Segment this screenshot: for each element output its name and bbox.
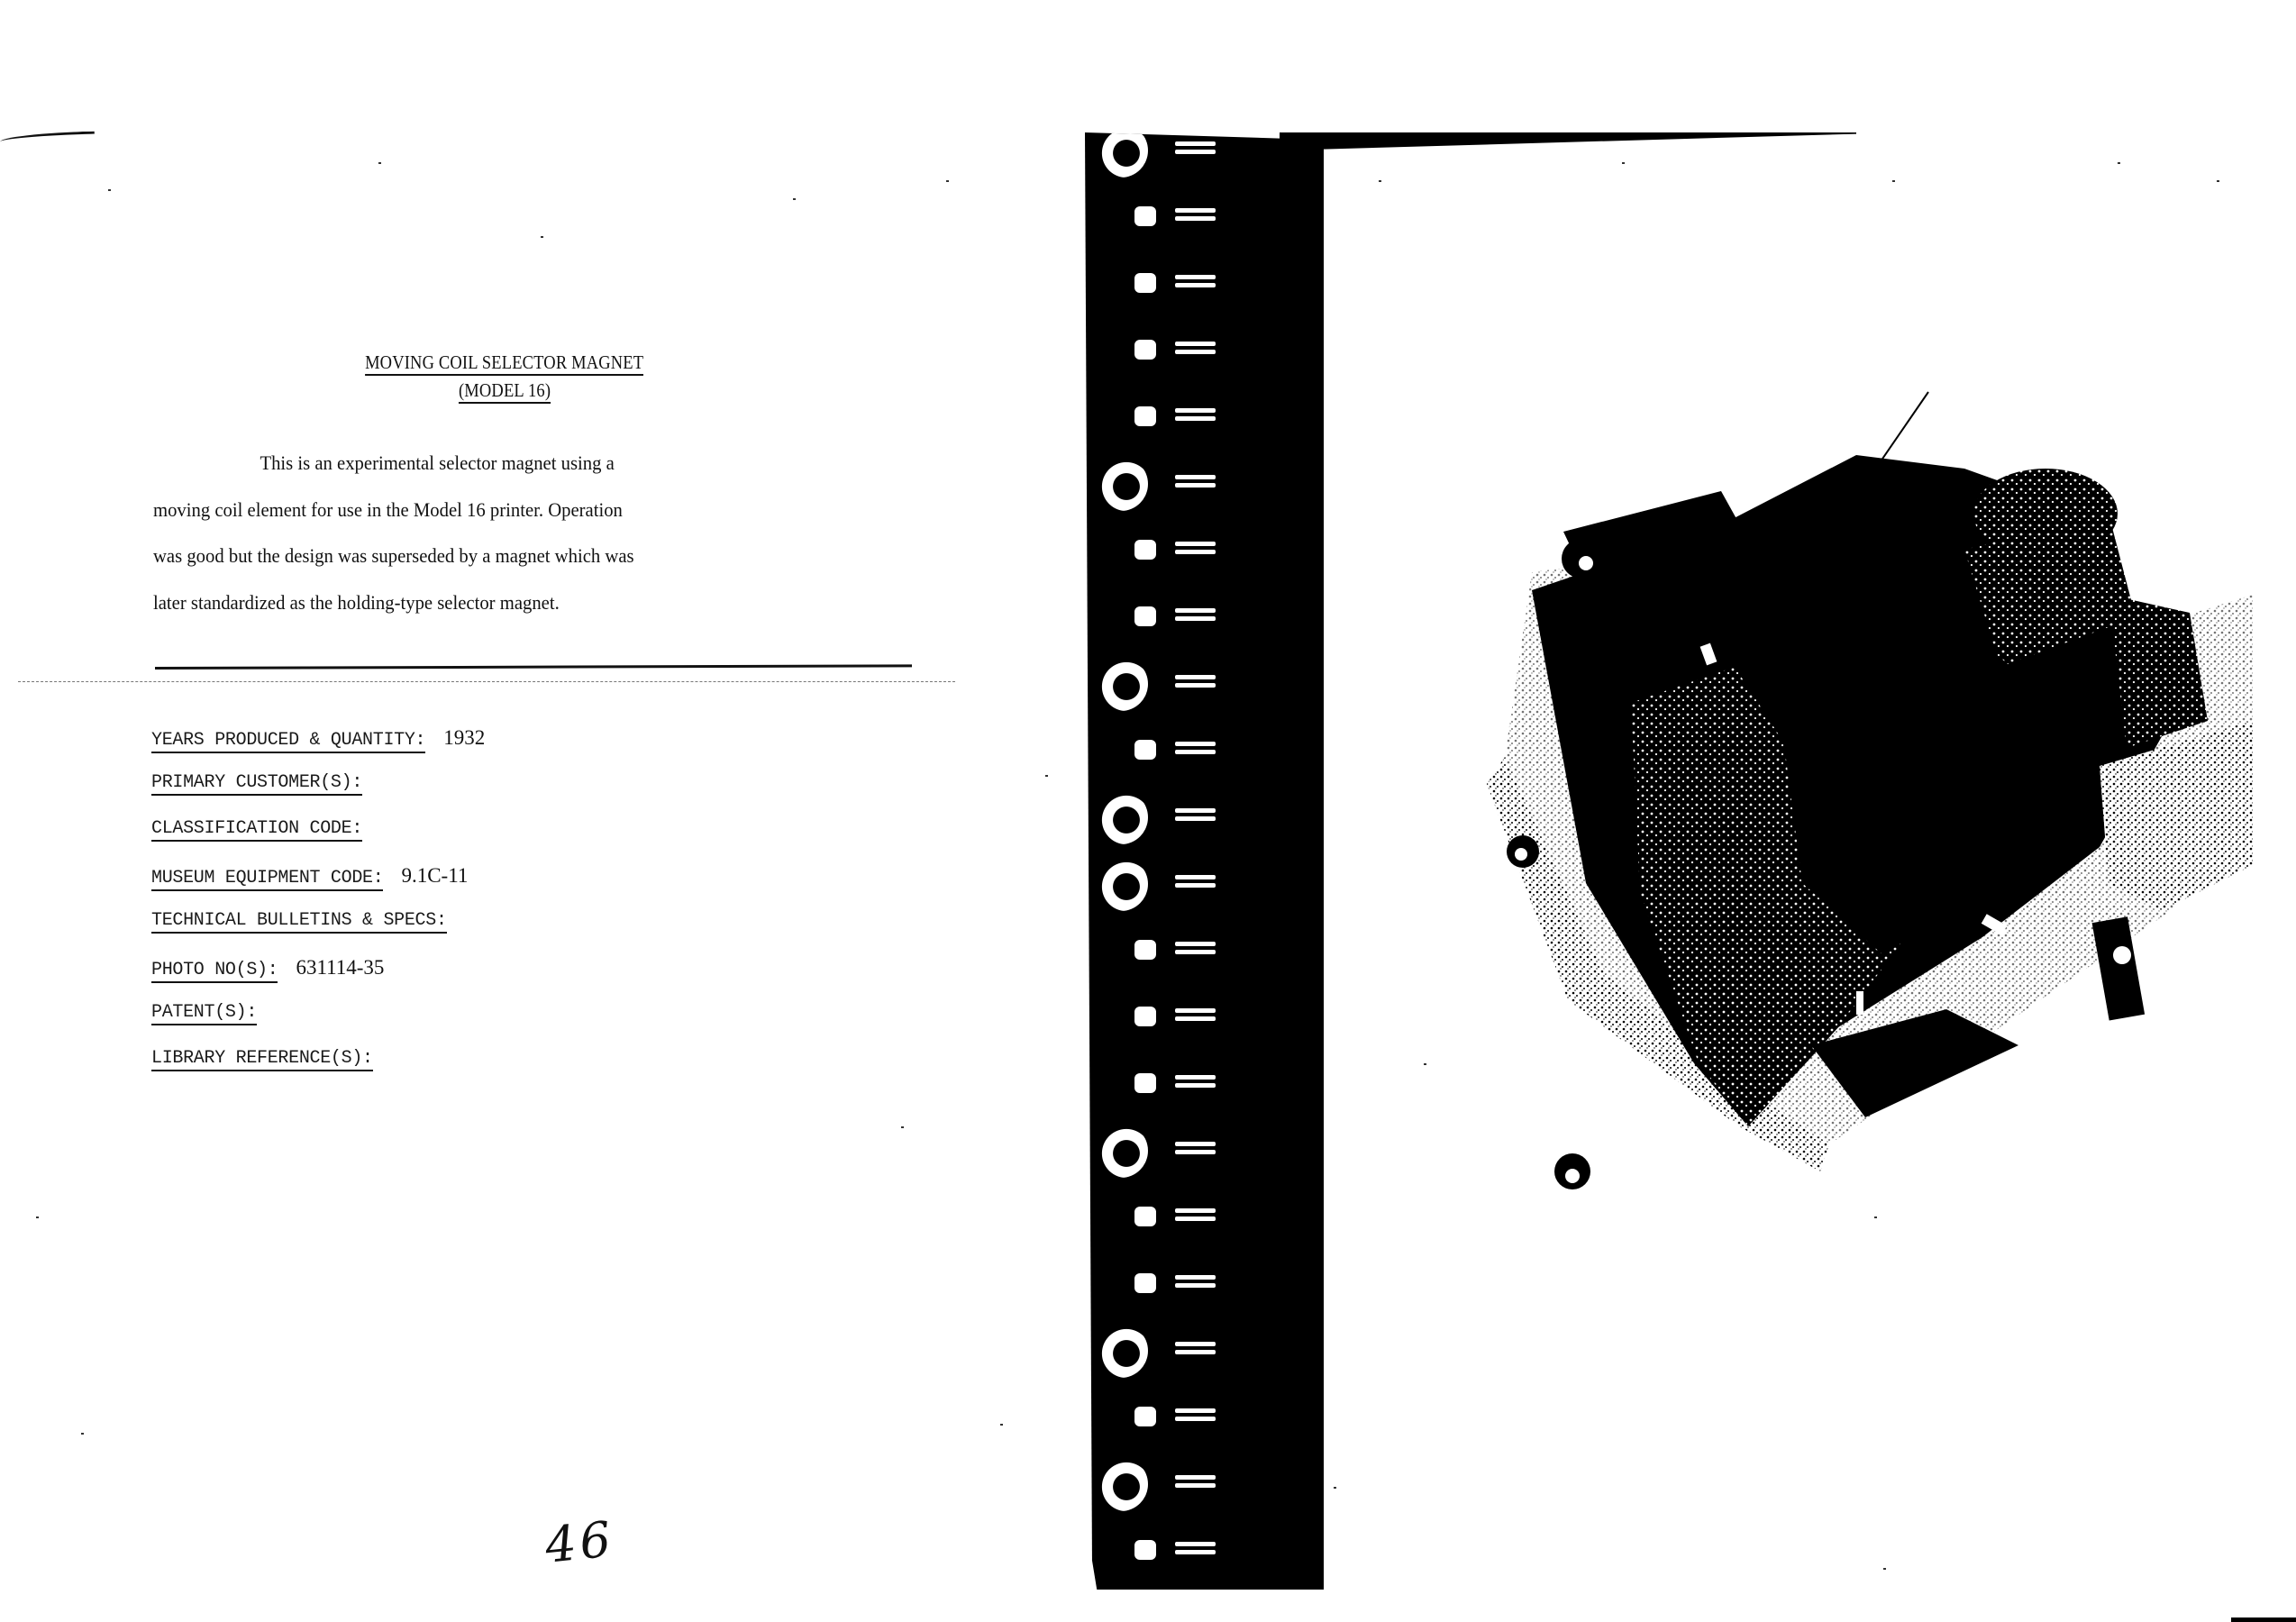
binding-wire [1175, 1408, 1216, 1413]
scan-speck [1874, 1216, 1877, 1218]
field-value: 631114-35 [296, 956, 384, 980]
binding-ring [1134, 1540, 1156, 1560]
binding-ring [1134, 1007, 1156, 1026]
metadata-fields: YEARS PRODUCED & QUANTITY: 1932 PRIMARY … [151, 726, 485, 1094]
scan-speck [901, 1126, 904, 1128]
binding-wire [1175, 1275, 1216, 1280]
binding-wire [1175, 742, 1216, 746]
binding-wire [1175, 1208, 1216, 1213]
binding-wire [1175, 608, 1216, 613]
binding-ring [1134, 1207, 1156, 1226]
description-line: This is an experimental selector magnet … [153, 440, 865, 487]
field-label: YEARS PRODUCED & QUANTITY: [151, 730, 425, 753]
binding-wire [1175, 350, 1216, 354]
binding-wire [1175, 550, 1216, 554]
binding-ring [1094, 123, 1148, 178]
binding-ring [1134, 406, 1156, 426]
title-line-1: MOVING COIL SELECTOR MAGNET [365, 351, 643, 376]
binding-ring [1094, 790, 1148, 844]
binding-wire [1175, 1342, 1216, 1346]
binding-wire [1175, 1216, 1216, 1221]
binding-wire [1175, 150, 1216, 154]
scan-speck [81, 1433, 84, 1435]
scan-speck [378, 162, 381, 164]
scan-speck [793, 198, 796, 200]
binding-wire [1175, 216, 1216, 221]
field-library-references: LIBRARY REFERENCE(S): [151, 1048, 485, 1094]
scan-speck [1622, 162, 1625, 164]
title-line-2: (MODEL 16) [459, 379, 551, 404]
binding-ring [1094, 1124, 1148, 1178]
binding-ring [1094, 1324, 1148, 1378]
description-line: later standardized as the holding-type s… [153, 579, 865, 626]
scan-speck [1000, 1424, 1003, 1426]
scan-speck [1045, 775, 1048, 777]
binding-wire [1175, 542, 1216, 546]
binding-wire [1175, 1283, 1216, 1288]
binding-ring [1134, 1407, 1156, 1426]
binding-ring [1134, 740, 1156, 760]
scan-speck [1892, 180, 1895, 182]
spiral-binding-strip [1085, 132, 1324, 1590]
scan-speck [1379, 180, 1381, 182]
field-patents: PATENT(S): [151, 1002, 485, 1048]
binding-ring [1094, 1457, 1148, 1511]
scan-artifact-line [18, 681, 955, 682]
description-line: was good but the design was superseded b… [153, 533, 865, 579]
scan-speck [541, 236, 543, 238]
binding-wire [1175, 1542, 1216, 1546]
binding-wire [1175, 342, 1216, 346]
binding-wire [1175, 675, 1216, 679]
binding-wire [1175, 942, 1216, 946]
field-value: 9.1C-11 [401, 864, 468, 888]
page-edge-curve [0, 132, 95, 142]
binding-wire [1175, 283, 1216, 287]
field-label: CLASSIFICATION CODE: [151, 818, 362, 842]
field-label: LIBRARY REFERENCE(S): [151, 1048, 373, 1071]
field-classification-code: CLASSIFICATION CODE: [151, 818, 485, 864]
section-divider [155, 664, 912, 670]
scan-speck [2118, 162, 2120, 164]
binding-ring [1134, 940, 1156, 960]
field-label: MUSEUM EQUIPMENT CODE: [151, 868, 383, 891]
description-line: moving coil element for use in the Model… [153, 487, 865, 533]
field-primary-customers: PRIMARY CUSTOMER(S): [151, 772, 485, 818]
handwritten-page-number: 46 [542, 1510, 617, 1574]
binding-ring [1134, 1273, 1156, 1293]
binding-wire [1175, 883, 1216, 888]
scan-speck [1334, 1487, 1336, 1489]
field-photo-numbers: PHOTO NO(S): 631114-35 [151, 956, 485, 1002]
binding-wire [1175, 1550, 1216, 1554]
photo-frame-edge [1280, 132, 1856, 150]
scan-edge-mark [2231, 1617, 2296, 1622]
binding-wire [1175, 1083, 1216, 1088]
binding-ring [1134, 1073, 1156, 1093]
scan-speck [946, 180, 949, 182]
field-technical-bulletins: TECHNICAL BULLETINS & SPECS: [151, 910, 485, 956]
binding-wire [1175, 275, 1216, 279]
binding-ring [1134, 340, 1156, 360]
scan-speck [1424, 1063, 1426, 1065]
binding-wire [1175, 416, 1216, 421]
field-label: PHOTO NO(S): [151, 960, 278, 983]
binding-ring [1134, 206, 1156, 226]
binding-wire [1175, 1008, 1216, 1013]
binding-wire [1175, 1350, 1216, 1354]
binding-wire [1175, 1142, 1216, 1146]
scan-speck [1883, 1568, 1886, 1570]
binding-wire [1175, 483, 1216, 488]
binding-ring [1134, 540, 1156, 560]
binding-wire [1175, 208, 1216, 213]
binding-ring [1134, 273, 1156, 293]
binding-wire [1175, 141, 1216, 146]
binding-wire [1175, 1483, 1216, 1488]
description-paragraph: This is an experimental selector magnet … [153, 440, 910, 625]
binding-wire [1175, 1417, 1216, 1421]
binding-wire [1175, 950, 1216, 954]
document-title: MOVING COIL SELECTOR MAGNET (MODEL 16) [270, 351, 739, 407]
scan-speck [108, 189, 111, 191]
binding-ring [1094, 457, 1148, 511]
binding-wire [1175, 875, 1216, 879]
binding-ring [1134, 606, 1156, 626]
field-value: 1932 [443, 726, 485, 750]
binding-wire [1175, 816, 1216, 821]
binding-wire [1175, 1150, 1216, 1154]
field-label: PATENT(S): [151, 1002, 257, 1025]
selector-magnet-photo [1478, 378, 2253, 1406]
binding-wire [1175, 683, 1216, 688]
binding-wire [1175, 1475, 1216, 1480]
field-label: TECHNICAL BULLETINS & SPECS: [151, 910, 447, 934]
binding-wire [1175, 750, 1216, 754]
binding-wire [1175, 616, 1216, 621]
binding-wire [1175, 1075, 1216, 1080]
binding-ring [1094, 657, 1148, 711]
magnet-photo-illustration [1478, 378, 2253, 1406]
field-museum-equipment-code: MUSEUM EQUIPMENT CODE: 9.1C-11 [151, 864, 485, 910]
binding-wire [1175, 475, 1216, 479]
scan-speck [2217, 180, 2219, 182]
field-years-produced: YEARS PRODUCED & QUANTITY: 1932 [151, 726, 485, 772]
field-label: PRIMARY CUSTOMER(S): [151, 772, 362, 796]
binding-wire [1175, 408, 1216, 413]
binding-wire [1175, 808, 1216, 813]
binding-ring [1094, 857, 1148, 911]
scan-speck [36, 1216, 39, 1218]
binding-wire [1175, 1016, 1216, 1021]
